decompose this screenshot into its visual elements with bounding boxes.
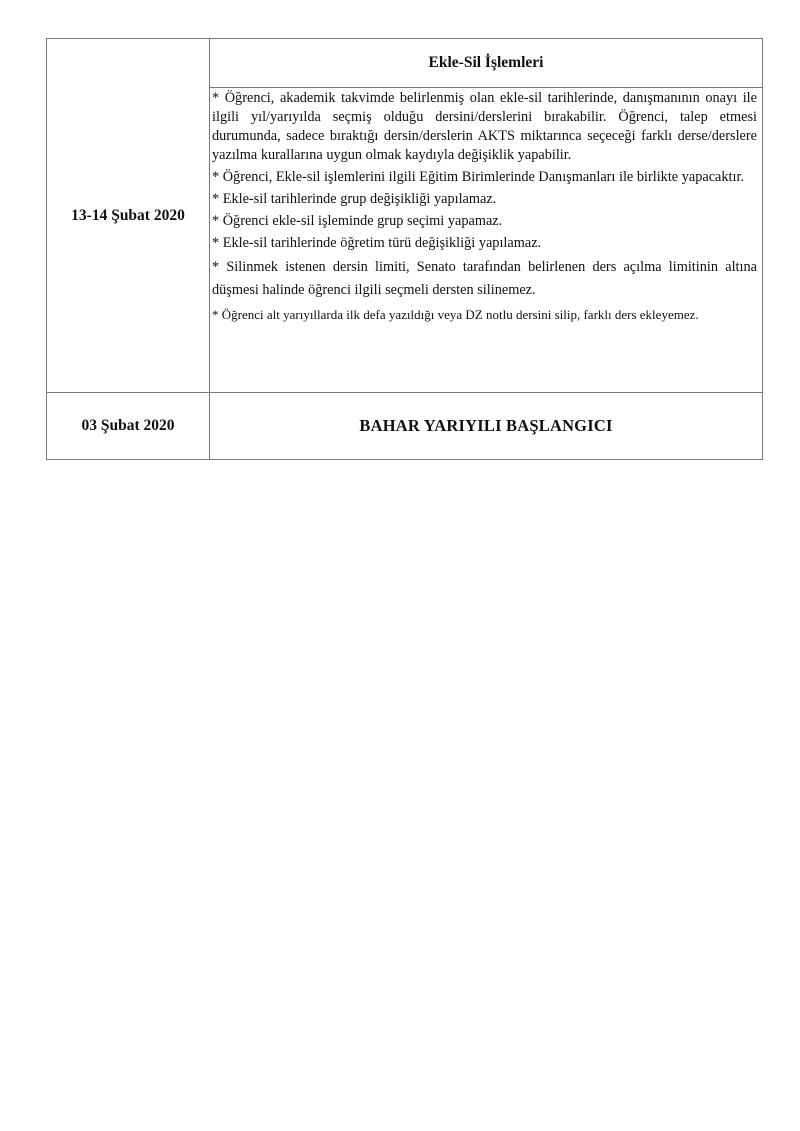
date-cell: 13-14 Şubat 2020 bbox=[47, 39, 210, 393]
date-text: 03 Şubat 2020 bbox=[81, 417, 174, 434]
rule-item: * Silinmek istenen dersin limiti, Senato… bbox=[212, 255, 757, 304]
content-cell: Ekle-Sil İşlemleri * Öğrenci, akademik t… bbox=[210, 39, 763, 393]
rule-item: * Ekle-sil tarihlerinde grup değişikliği… bbox=[212, 189, 757, 211]
date-text: 13-14 Şubat 2020 bbox=[71, 207, 185, 224]
rule-item: * Öğrenci alt yarıyıllarda ilk defa yazı… bbox=[212, 304, 757, 325]
rule-item: * Öğrenci, akademik takvimde belirlenmiş… bbox=[212, 88, 757, 167]
rule-item: * Öğrenci, Ekle-sil işlemlerini ilgili E… bbox=[212, 167, 757, 189]
section-title: Ekle-Sil İşlemleri bbox=[210, 39, 762, 88]
document-page: 13-14 Şubat 2020 Ekle-Sil İşlemleri * Öğ… bbox=[0, 0, 800, 1131]
table-row: 13-14 Şubat 2020 Ekle-Sil İşlemleri * Öğ… bbox=[47, 39, 763, 393]
rules-list: * Öğrenci, akademik takvimde belirlenmiş… bbox=[210, 88, 762, 327]
event-cell: BAHAR YARIYILI BAŞLANGICI bbox=[210, 393, 763, 460]
rule-item: * Ekle-sil tarihlerinde öğretim türü değ… bbox=[212, 233, 757, 255]
event-title: BAHAR YARIYILI BAŞLANGICI bbox=[359, 416, 612, 435]
rule-item: * Öğrenci ekle-sil işleminde grup seçimi… bbox=[212, 211, 757, 233]
table-row: 03 Şubat 2020 BAHAR YARIYILI BAŞLANGICI bbox=[47, 393, 763, 460]
academic-calendar-table: 13-14 Şubat 2020 Ekle-Sil İşlemleri * Öğ… bbox=[46, 38, 763, 460]
date-cell: 03 Şubat 2020 bbox=[47, 393, 210, 460]
